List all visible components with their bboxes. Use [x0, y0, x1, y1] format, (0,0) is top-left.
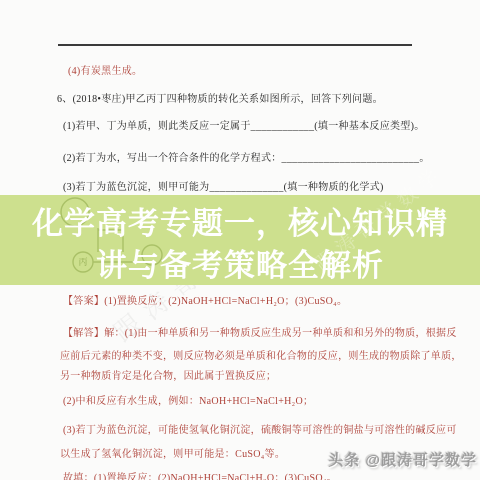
solution-line: 故填：(1)置换反应；(2)NaOH+HCl=NaCl+H₂O；(3)CuSO₄…	[63, 469, 337, 480]
answer-note-4: (4)有炭黑生成。	[68, 62, 142, 77]
answer-summary-line: 【答案】(1)置换反应；(2)NaOH+HCl=NaCl+H₂O；(3)CuSO…	[63, 292, 347, 307]
question-6-stem: 6、(2018•枣庄)甲乙丙丁四种物质的转化关系如图所示，回答下列问题。	[57, 90, 383, 105]
top-divider-line	[58, 44, 412, 46]
solution-line: (2)中和反应有水生成，例如：NaOH+HCl=NaCl+H₂O；	[63, 392, 313, 407]
title-banner: 丙 跟涛哥学数学 化学高考专题一，核心知识精 讲与备考策略全解析	[0, 195, 480, 285]
scanned-exam-page: (4)有炭黑生成。 6、(2018•枣庄)甲乙丙丁四种物质的转化关系如图所示，回…	[0, 0, 480, 480]
toutiao-channel-watermark: 头条 @跟涛哥学数学	[328, 449, 477, 470]
banner-title-line1: 化学高考专题一，核心知识精	[0, 198, 480, 243]
solution-line: 以生成了氢氧化铜沉淀，则甲可能是：CuSO₄等。	[60, 445, 285, 460]
question-6-sub1: (1)若甲、丁为单质，则此类反应一定属于____________(填一种基本反应…	[63, 117, 425, 132]
solution-line: 应前后元素的种类不变，则反应物必须是单质和化合物的反应，则生成的物质除了单质，	[60, 347, 462, 362]
solution-line: 【解答】解：(1)由一种单质和另一种物质反应生成另一种单质和和另外的物质，根据反	[63, 324, 457, 339]
banner-title-line2: 讲与备考策略全解析	[0, 240, 480, 285]
solution-line: (3)若丁为蓝色沉淀，可能使氢氧化铜沉淀，硫酸铜等可溶性的铜盐与可溶性的碱反应可	[63, 421, 457, 436]
solution-line: 另一种物质肯定是化合物，因此属于置换反应；	[60, 367, 276, 382]
